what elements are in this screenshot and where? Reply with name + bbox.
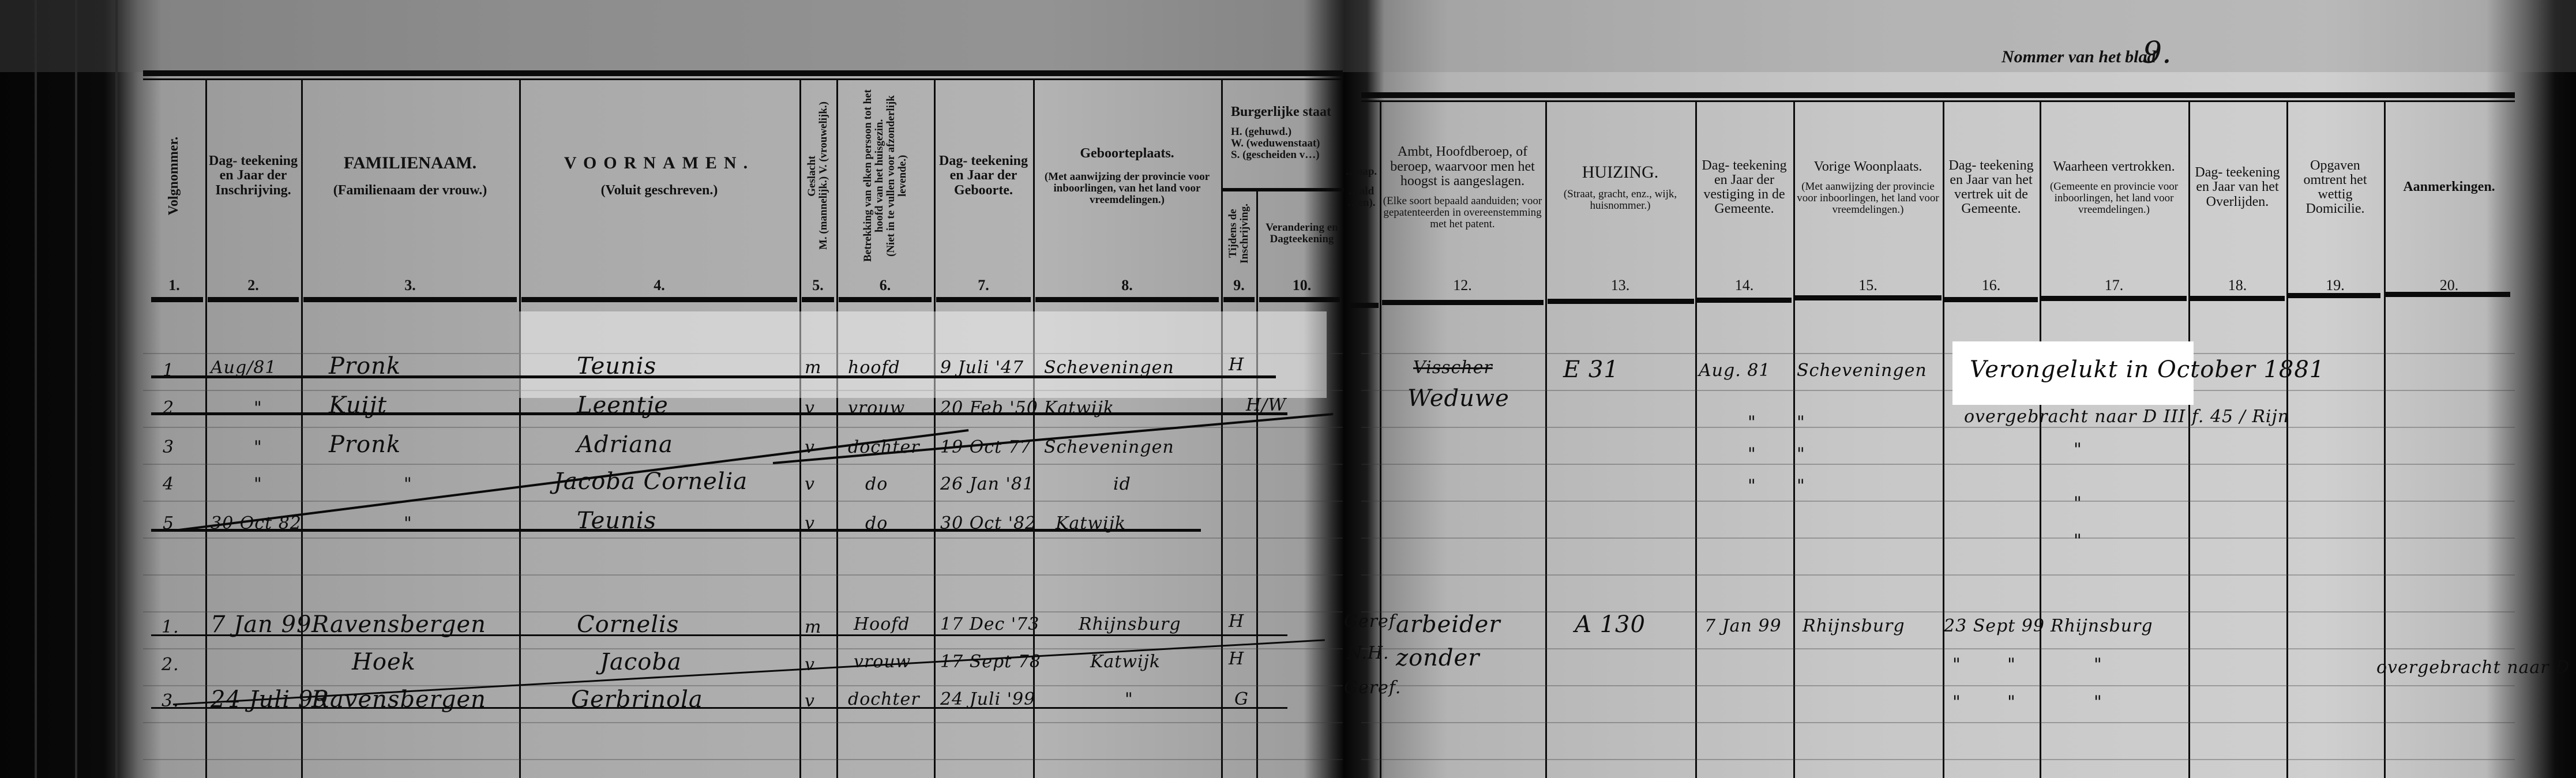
- ditto-mark: ": [2007, 692, 2016, 712]
- relation: vrouw: [854, 652, 911, 672]
- ditto-mark: ": [1952, 692, 1961, 712]
- header-col-11: …nap. …ald …en).: [1344, 104, 1379, 271]
- right-page: Nommer van het blad 9. …nap. …ald …en). …: [1344, 0, 2576, 778]
- ruled-line: [1361, 427, 2515, 428]
- column-number: 1.: [144, 277, 204, 294]
- binding-edge: [35, 0, 37, 778]
- header-top-rule-thin: [1361, 100, 2515, 102]
- registration-date: ": [254, 474, 262, 494]
- civil-status: H: [1229, 611, 1244, 632]
- ditto-mark: ": [1797, 412, 1805, 433]
- sheet-number: 9.: [2143, 36, 2172, 70]
- surname: Ravensbergen: [311, 686, 486, 713]
- ruled-line: [1361, 722, 2515, 723]
- column-number: 18.: [2190, 277, 2285, 294]
- header-bottom-rule: [1223, 297, 1255, 302]
- column-number: 8.: [1034, 277, 1220, 294]
- birth-date: 9 Juli '47: [940, 358, 1024, 378]
- relation: Hoofd: [854, 614, 910, 634]
- page-margin-top: [0, 0, 1344, 72]
- column-number: 15.: [1794, 277, 1942, 294]
- ditto-mark: ": [1748, 444, 1756, 464]
- header-bottom-rule: [1035, 297, 1219, 302]
- registration-date: ": [254, 437, 262, 457]
- header-col-19: Opgaven omtrent het wettig Domicilie.: [2288, 104, 2383, 271]
- column-divider: [1256, 190, 1258, 778]
- remark-transfer: overgebracht naar D III f. 45 / Rijn: [1964, 407, 2289, 427]
- strikethrough-line: [151, 529, 1201, 532]
- header-bottom-rule: [2190, 296, 2285, 301]
- birthplace: Scheveningen: [1044, 437, 1174, 457]
- header-bottom-rule: [1350, 303, 1379, 308]
- relation: dochter: [848, 689, 920, 709]
- header-bottom-rule: [1259, 297, 1340, 302]
- header-col-6: Betrekking van elken persoon tot het hoo…: [838, 81, 933, 271]
- departure-date: 23 Sept 99: [1944, 616, 2045, 636]
- binding-edge: [75, 0, 77, 778]
- surname: Hoek: [352, 649, 416, 675]
- header-col-15: Vorige Woonplaats. (Met aanwijzing der p…: [1794, 104, 1942, 271]
- ditto-mark: ": [1748, 412, 1756, 433]
- ditto-mark: ": [2074, 439, 2082, 460]
- header-col-20: Aanmerkingen.: [2385, 104, 2513, 271]
- birthplace: Katwijk: [1090, 652, 1161, 672]
- strikethrough-line: [151, 634, 1287, 636]
- surname: Pronk: [329, 431, 401, 458]
- occupation: arbeider: [1396, 611, 1500, 638]
- ruled-line: [143, 759, 1343, 760]
- column-number: 14.: [1696, 277, 1792, 294]
- header-col-8: Geboorteplaats. (Met aanwijzing der prov…: [1034, 81, 1220, 271]
- house-number: A 130: [1575, 611, 1646, 638]
- remark-transfer: overgebracht naar D II f. 38: [2376, 657, 2576, 678]
- header-bottom-rule: [2041, 296, 2187, 301]
- birthplace: Rhijnsburg: [1079, 614, 1181, 634]
- birth-date: 24 Juli '99: [940, 689, 1035, 709]
- church: Geref.: [1344, 678, 1401, 698]
- relation: do: [865, 474, 888, 494]
- birth-date: 26 Jan '81: [940, 474, 1034, 494]
- column-number: 16.: [1944, 277, 2038, 294]
- ruled-line: [1361, 353, 2515, 354]
- header-col-1: Volgnommer.: [144, 81, 204, 271]
- header-col-18: Dag- teekening en Jaar van het Overlijde…: [2190, 104, 2285, 271]
- ditto-mark: ": [2094, 655, 2102, 675]
- ruled-line: [143, 464, 1343, 465]
- given-names: Jacoba Cornelia: [554, 468, 748, 495]
- ditto-mark: ": [1797, 444, 1805, 464]
- ruled-line: [143, 574, 1343, 576]
- header-bottom-rule: [521, 297, 797, 302]
- previous-residence: Scheveningen: [1797, 360, 1927, 381]
- header-bottom-rule: [1944, 297, 2038, 302]
- header-col-16: Dag- teekening en Jaar van het vertrek u…: [1944, 104, 2038, 271]
- ruled-line: [1361, 685, 2515, 686]
- header-top-rule: [1361, 92, 2515, 98]
- header-col-9: Tijdens de Inschrijving.: [1223, 193, 1255, 274]
- header-top-rule-thin: [143, 78, 1343, 80]
- surname: ": [404, 474, 412, 494]
- birthplace: ": [1125, 689, 1133, 709]
- header-bottom-rule: [1697, 298, 1792, 303]
- ruled-line: [1361, 611, 2515, 612]
- registration-date: Aug/81: [211, 358, 276, 378]
- column-number: 13.: [1546, 277, 1694, 294]
- occupation: Weduwe: [1407, 385, 1509, 412]
- column-number: 7.: [935, 277, 1032, 294]
- header-bottom-rule: [2386, 292, 2510, 297]
- strikethrough-line: [151, 412, 1287, 415]
- given-names: Adriana: [577, 431, 673, 458]
- occupation: zonder: [1396, 645, 1479, 671]
- given-names: Jacoba: [600, 649, 682, 675]
- header-bottom-rule: [303, 297, 517, 302]
- header-col-12: Ambt, Hoofdberoep, of beroep, waarvoor m…: [1381, 104, 1544, 271]
- sex: m: [805, 358, 821, 378]
- left-page: Volgnommer. Dag- teekening en Jaar der I…: [0, 0, 1344, 778]
- previous-residence: Rhijnsburg: [1803, 616, 1905, 636]
- church: N.H.: [1347, 643, 1390, 663]
- ruled-line: [1361, 390, 2515, 391]
- settlement-date: Aug. 81: [1699, 360, 1770, 381]
- header-bottom-rule: [1382, 300, 1544, 305]
- ruled-line: [1361, 464, 2515, 465]
- header-bottom-rule: [1548, 299, 1694, 304]
- header-col-17: Waarheen vertrokken. (Gemeente en provin…: [2041, 104, 2187, 271]
- ruled-line: [143, 538, 1343, 539]
- occupation-struck: Visscher: [1413, 358, 1493, 378]
- row-number: 4: [163, 474, 174, 494]
- ditto-mark: ": [1797, 476, 1805, 496]
- header-col-4: VOORNAMEN. (Voluit geschreven.): [520, 81, 798, 271]
- ruled-line: [1361, 648, 2515, 649]
- remark-accident: Verongelukt in October 1881: [1970, 356, 2325, 383]
- birthplace: id: [1113, 474, 1131, 494]
- church: Geref.: [1344, 611, 1401, 632]
- header-bottom-rule: [802, 297, 834, 302]
- settlement-date: 7 Jan 99: [1704, 616, 1782, 636]
- header-col-5: Geslacht M. (mannelijk.) V. (vrouwelijk.…: [801, 81, 835, 271]
- birthplace: Scheveningen: [1044, 358, 1174, 378]
- column-number: 12.: [1381, 277, 1544, 294]
- ruled-line: [143, 501, 1343, 502]
- ditto-mark: ": [1748, 476, 1756, 496]
- column-number: 2.: [206, 277, 300, 294]
- binding-edge: [115, 0, 118, 778]
- civil-status: G: [1234, 689, 1249, 709]
- header-col-2: Dag- teekening en Jaar der Inschrijving.: [206, 81, 300, 271]
- column-number: 9.: [1223, 277, 1255, 294]
- header-bottom-rule: [1795, 295, 1942, 300]
- destination: Rhijnsburg: [2051, 616, 2153, 636]
- ditto-mark: ": [2074, 493, 2082, 513]
- column-number: 4.: [520, 277, 798, 294]
- header-bottom-rule: [2288, 293, 2380, 298]
- header-bottom-rule: [936, 297, 1031, 302]
- row-number: 2.: [162, 655, 179, 675]
- header-top-rule: [143, 70, 1343, 76]
- ruled-line: [143, 722, 1343, 723]
- sheet-number-label: Nommer van het blad: [2002, 47, 2156, 67]
- column-number: 3.: [302, 277, 518, 294]
- ditto-mark: ": [2094, 692, 2102, 712]
- house-number: E 31: [1563, 356, 1619, 383]
- sex: v: [805, 437, 815, 457]
- birth-date: 17 Dec '73: [940, 614, 1039, 634]
- ditto-mark: ": [2074, 531, 2082, 551]
- sex: v: [805, 655, 815, 675]
- page-margin-top: [1344, 0, 2576, 72]
- header-civil-status: Burgerlijke staat H. (gehuwd.) W. (weduw…: [1223, 81, 1344, 185]
- diagonal-cancel-line: [179, 429, 969, 531]
- ditto-mark: ": [2007, 655, 2016, 675]
- ruled-line: [1361, 759, 2515, 760]
- header-col-10: Verandering en Dagteekening: [1259, 193, 1344, 274]
- civil-status-subrule: [1223, 188, 1344, 191]
- column-number: 17.: [2041, 277, 2187, 294]
- civil-status: H: [1229, 649, 1244, 669]
- ditto-mark: ": [1952, 655, 1961, 675]
- ruled-line: [1361, 538, 2515, 539]
- header-col-3: FAMILIENAAM. (Familienaam der vrouw.): [302, 81, 518, 271]
- header-bottom-rule: [208, 297, 299, 302]
- civil-status: H: [1229, 355, 1244, 375]
- header-col-14: Dag- teekening en Jaar der vestiging in …: [1696, 104, 1792, 271]
- given-names: Gerbrinola: [571, 686, 703, 713]
- ruled-line: [1361, 501, 2515, 502]
- column-number: 19.: [2288, 277, 2383, 294]
- strikethrough-line: [151, 707, 1287, 709]
- ruled-line: [1361, 574, 2515, 576]
- header-bottom-rule: [151, 297, 203, 302]
- sex: v: [805, 474, 815, 494]
- column-number: 10.: [1259, 277, 1344, 294]
- column-number: 5.: [801, 277, 835, 294]
- header-col-7: Dag- teekening en Jaar der Geboorte.: [935, 81, 1032, 271]
- birth-date: 17 Sept 78: [940, 652, 1041, 672]
- row-number: 3: [163, 437, 174, 457]
- strikethrough-line: [151, 375, 1276, 378]
- header-col-13: HUIZING. (Straat, gracht, enz., wijk, hu…: [1546, 104, 1694, 271]
- header-bottom-rule: [839, 297, 932, 302]
- column-number: 6.: [838, 277, 933, 294]
- relation: hoofd: [848, 358, 900, 378]
